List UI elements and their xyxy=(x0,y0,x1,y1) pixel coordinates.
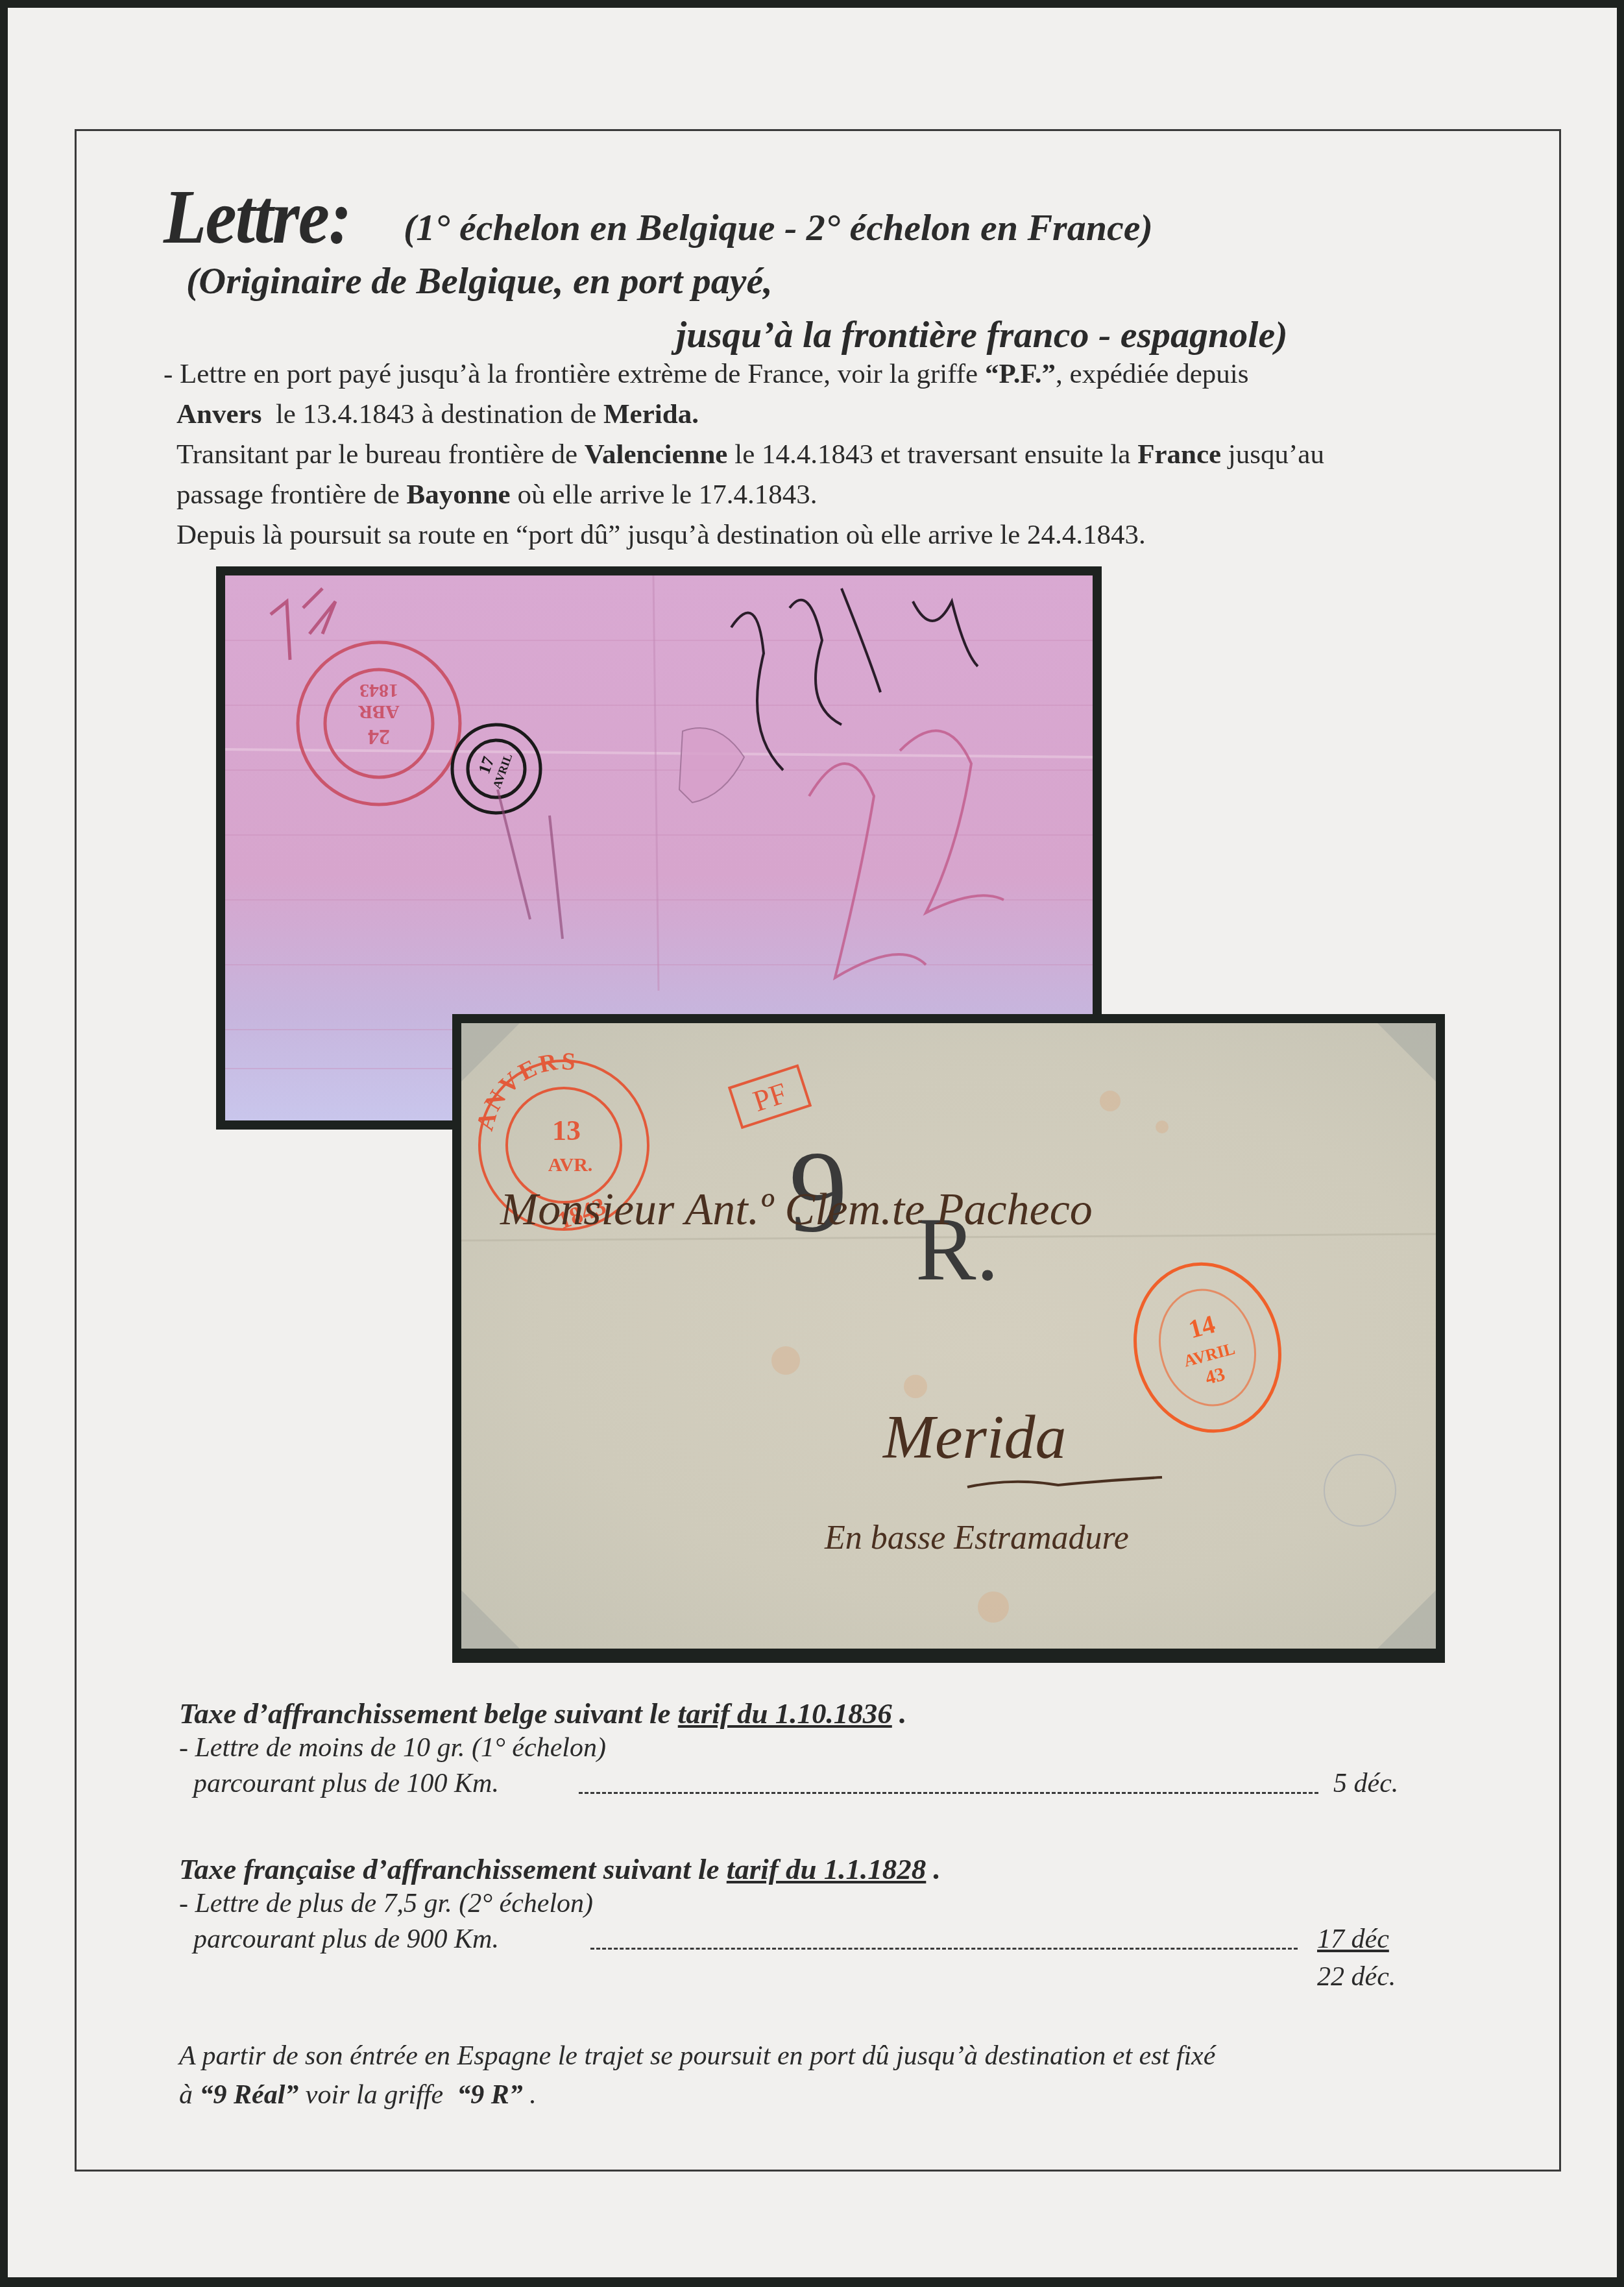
svg-text:AVRIL: AVRIL xyxy=(1182,1339,1237,1371)
belg-val-postmark: 14 AVRIL 43 xyxy=(1117,1248,1298,1447)
svg-text:AVR.: AVR. xyxy=(548,1154,593,1176)
svg-text:14: 14 xyxy=(1185,1309,1218,1344)
description-line-4: passage frontière de Bayonne où elle arr… xyxy=(176,479,818,511)
text: - Lettre en port payé jusqu’à la frontiè… xyxy=(164,359,985,389)
title-echelons: (1° échelon en Belgique - 2° échelon en … xyxy=(404,206,1153,249)
tax-belgian-item-1: - Lettre de moins de 10 gr. (1° échelon) xyxy=(179,1732,606,1763)
description-line-5: Depuis là poursuit sa route en “port dû”… xyxy=(176,519,1146,551)
destination-city: Merida. xyxy=(603,399,699,430)
description-line-3: Transitant par le bureau frontière de Va… xyxy=(176,439,1324,470)
letter-front-image: ANVERS 13 AVR. 1843 PF 9 R. Monsieur Ant… xyxy=(452,1014,1445,1663)
tax-french-heading: Taxe française d’affranchissement suivan… xyxy=(179,1852,941,1886)
transit-city: Valencienne xyxy=(585,439,728,470)
text: . xyxy=(892,1697,907,1730)
text: où elle arrive le 17.4.1843. xyxy=(511,479,818,510)
text: Taxe française d’affranchissement suivan… xyxy=(179,1853,727,1885)
title-main: Lettre: xyxy=(164,173,351,261)
svg-text:Monsieur Ant.º Clem.te Pacheco: Monsieur Ant.º Clem.te Pacheco xyxy=(500,1185,1093,1235)
svg-text:43: 43 xyxy=(1203,1363,1228,1389)
tax-french-item-1: - Lettre de plus de 7,5 gr. (2° échelon) xyxy=(179,1888,593,1919)
tariff-date: tarif du 1.1.1828 xyxy=(727,1853,927,1885)
pf-griffe: PF xyxy=(729,1066,810,1128)
conclusion-line-2: à “9 Réal” voir la griffe “9 R” . xyxy=(179,2079,537,2111)
border-city: Bayonne xyxy=(407,479,511,510)
svg-text:ABR: ABR xyxy=(358,701,400,723)
rate-9-real: “9 Réal” xyxy=(200,2080,299,2110)
svg-text:1843: 1843 xyxy=(359,680,398,701)
svg-text:En basse Estramadure: En basse Estramadure xyxy=(824,1519,1129,1556)
text: , expédiée depuis xyxy=(1056,359,1248,389)
text: . xyxy=(523,2080,537,2110)
text: Transitant par le bureau frontière de xyxy=(176,439,585,470)
leader-dots xyxy=(579,1792,1318,1794)
tax-belgian-amount: 5 déc. xyxy=(1333,1768,1398,1799)
subtitle-origin: (Originaire de Belgique, en port payé, xyxy=(186,259,773,302)
svg-text:24: 24 xyxy=(368,725,390,749)
svg-text:Merida: Merida xyxy=(882,1402,1067,1471)
transit-country: France xyxy=(1137,439,1221,470)
description-line-1: - Lettre en port payé jusqu’à la frontiè… xyxy=(164,358,1248,390)
text: . xyxy=(926,1853,941,1885)
text: voir la griffe xyxy=(298,2080,457,2110)
tax-french-item-2: parcourant plus de 900 Km. xyxy=(193,1924,499,1955)
leader-dots xyxy=(590,1948,1298,1950)
tax-belgian-heading: Taxe d’affranchissement belge suivant le… xyxy=(179,1697,906,1730)
page-title: Lettre: xyxy=(164,173,367,261)
svg-text:PF: PF xyxy=(749,1076,790,1118)
svg-text:13: 13 xyxy=(552,1115,581,1146)
text: à xyxy=(179,2080,200,2110)
text: jusqu’au xyxy=(1221,439,1324,470)
tax-belgian-item-2: parcourant plus de 100 Km. xyxy=(193,1768,499,1799)
text: passage frontière de xyxy=(176,479,407,510)
text: Taxe d’affranchissement belge suivant le xyxy=(179,1697,678,1730)
tariff-date: tarif du 1.10.1836 xyxy=(678,1697,892,1730)
conclusion-line-1: A partir de son éntrée en Espagne le tra… xyxy=(179,2040,1215,2072)
subtitle-frontier: jusqu’à la frontière franco - espagnole) xyxy=(676,313,1288,356)
griffe-9r: “9 R” xyxy=(457,2080,523,2110)
merida-postmark xyxy=(298,642,460,805)
description-line-2: Anvers le 13.4.1843 à destination de Mer… xyxy=(176,398,699,430)
tax-total: 22 déc. xyxy=(1317,1961,1396,1992)
text: le 13.4.1843 à destination de xyxy=(261,399,603,430)
origin-city: Anvers xyxy=(176,399,261,430)
tax-french-amount: 17 déc xyxy=(1317,1924,1389,1955)
griffe-pf: “P.F.” xyxy=(985,359,1056,389)
text: le 14.4.1843 et traversant ensuite la xyxy=(727,439,1137,470)
letter-front-paper: ANVERS 13 AVR. 1843 PF 9 R. Monsieur Ant… xyxy=(461,1023,1436,1649)
